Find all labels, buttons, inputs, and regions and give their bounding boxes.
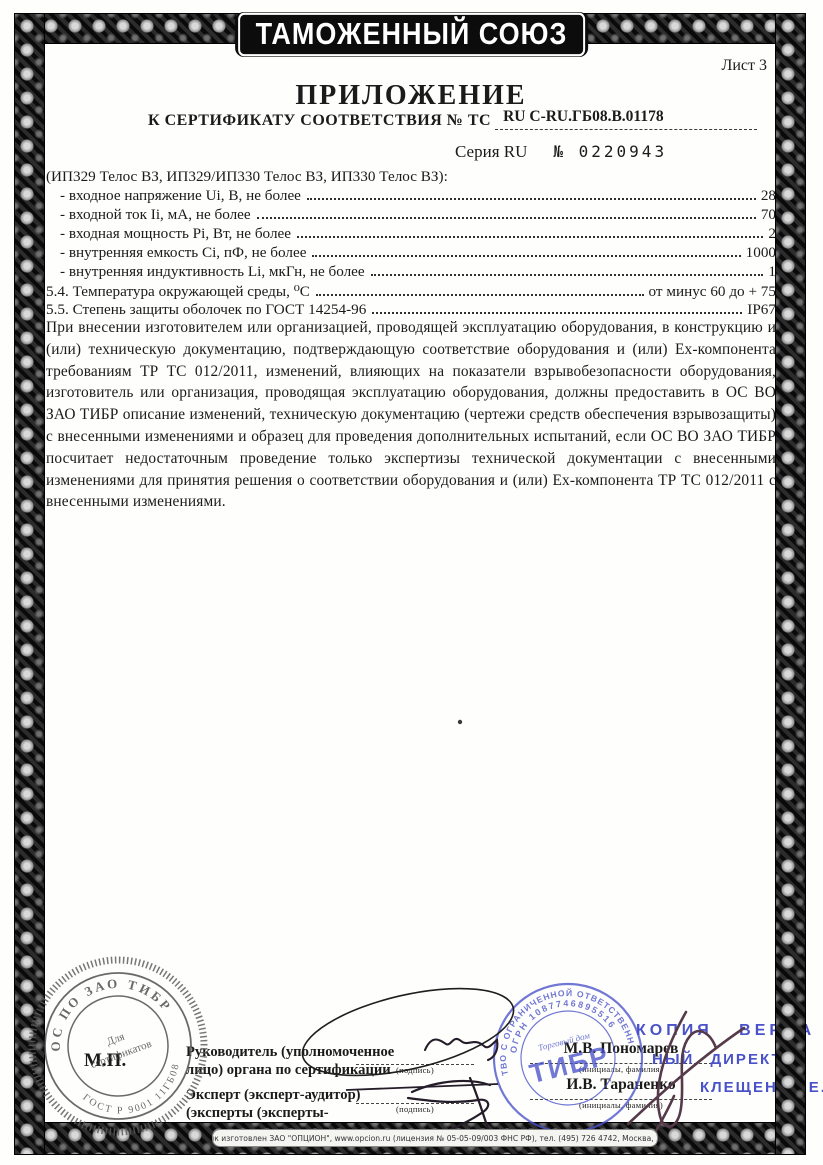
spec-row: - входная мощность Pi, Вт, не более 2 xyxy=(46,225,776,244)
sheet-number: Лист 3 xyxy=(721,57,767,75)
conditions-paragraph: При внесении изготовителем или организац… xyxy=(46,317,776,513)
stamp-ring-top: ОС ПО ЗАО ТИБР xyxy=(30,957,177,1057)
signature-field-head: (подпись) xyxy=(356,1056,474,1075)
dot-leader xyxy=(316,294,644,296)
customs-union-banner: ТАМОЖЕННЫЙ СОЮЗ xyxy=(235,12,589,57)
spec-intro: (ИП329 Телос ВЗ, ИП329/ИП330 Телос ВЗ, И… xyxy=(46,168,776,187)
signature-field-expert: (подпись) xyxy=(356,1095,474,1114)
dot-leader xyxy=(297,236,763,238)
signature-rule xyxy=(356,1056,474,1065)
scan-speck xyxy=(458,720,462,724)
border-right xyxy=(775,13,806,1155)
signature-rule xyxy=(356,1095,474,1104)
certificate-line: К СЕРТИФИКАТУ СООТВЕТСТВИЯ № ТСRU С-RU.Г… xyxy=(148,108,757,130)
name-field-expert: И.В. Тараненко (инициалы, фамилия) xyxy=(540,1076,702,1110)
dot-leader xyxy=(371,274,764,276)
dot-leader xyxy=(312,255,740,257)
dot-leader xyxy=(372,312,742,314)
border-left xyxy=(14,13,45,1155)
printer-imprint: Бланк изготовлен ЗАО "ОПЦИОН", www.opcio… xyxy=(212,1129,658,1147)
spec-row: - входной ток Ii, мА, не более 70 xyxy=(46,206,776,225)
series-number: № 0220943 xyxy=(553,142,667,161)
dot-leader xyxy=(307,198,756,200)
svg-text:ОС ПО ЗАО ТИБР: ОС ПО ЗАО ТИБР xyxy=(30,957,177,1057)
spec-row: - внутренняя емкость Ci, пФ, не более 10… xyxy=(46,244,776,263)
spec-row: 5.4. Температура окружающей среды, ⁰С от… xyxy=(46,282,776,301)
spec-row: - входное напряжение Ui, В, не более 28 xyxy=(46,187,776,206)
series-label: Серия RU xyxy=(455,142,527,161)
stamp-center-line1: Для xyxy=(105,1031,126,1048)
certificate-page: ТАМОЖЕННЫЙ СОЮЗ Лист 3 ПРИЛОЖЕНИЕ К СЕРТ… xyxy=(0,0,823,1165)
series-line: Серия RU № 0220943 xyxy=(455,142,667,162)
dot-leader xyxy=(257,217,756,219)
certificate-number: RU С-RU.ГБ08.В.01178 xyxy=(495,108,757,129)
banner-label: ТАМОЖЕННЫЙ СОЮЗ xyxy=(238,13,586,57)
mp-seal-label: М.П. xyxy=(84,1050,126,1072)
spec-row: - внутренняя индуктивность Li, мкГн, не … xyxy=(46,263,776,282)
certificate-number-field: RU С-RU.ГБ08.В.01178 xyxy=(495,108,757,130)
spec-list: (ИП329 Телос ВЗ, ИП329/ИП330 Телос ВЗ, И… xyxy=(46,168,776,320)
certificate-label: К СЕРТИФИКАТУ СООТВЕТСТВИЯ № ТС xyxy=(148,112,491,129)
